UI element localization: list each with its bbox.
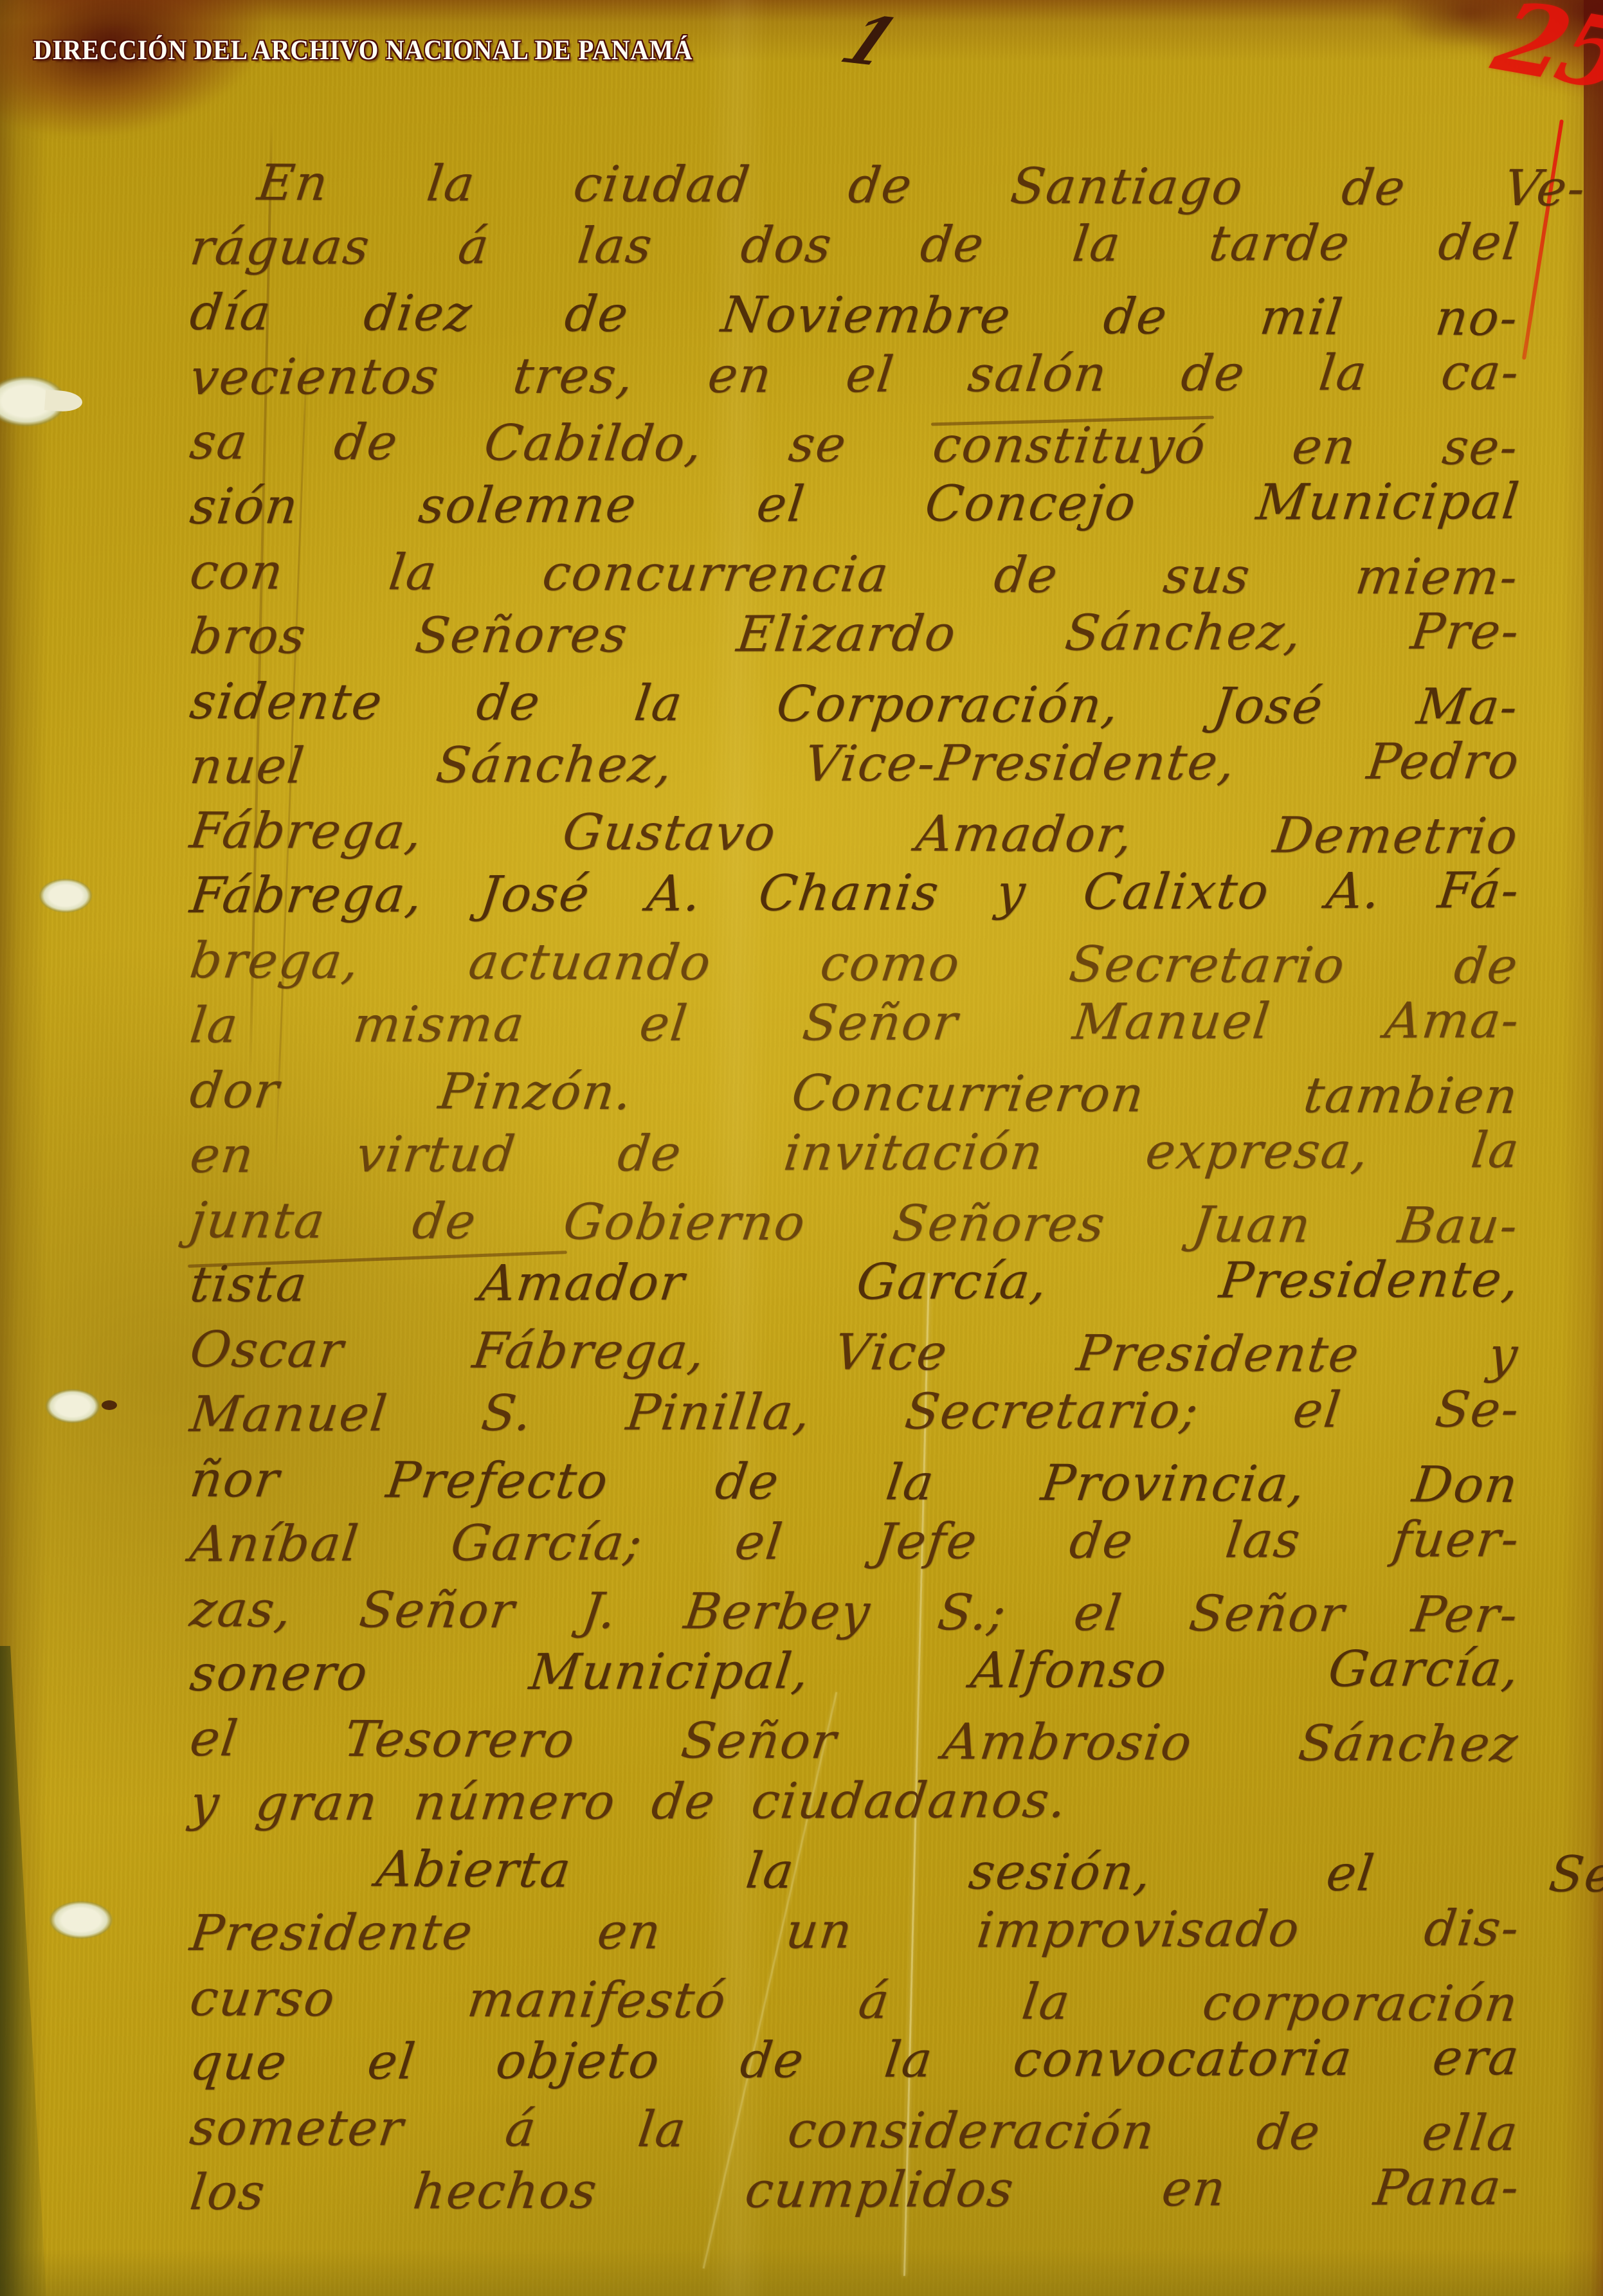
manuscript-line: Aníbal García; el Jefe de las fuer- xyxy=(186,1508,1523,1578)
manuscript-line: que el objeto de la convocatoria era xyxy=(186,2027,1523,2097)
manuscript-text-block: En la ciudad de Santiago de Ve- ráguas á… xyxy=(190,151,1519,2234)
manuscript-line: sidente de la Corporación, José Ma- xyxy=(186,670,1523,741)
manuscript-line: bros Señores Elizardo Sánchez, Pre- xyxy=(186,600,1523,670)
manuscript-line: dor Pinzón. Concurrieron tambien xyxy=(186,1059,1523,1130)
punch-hole xyxy=(49,1901,113,1939)
manuscript-line: y gran número de ciudadanos. xyxy=(186,1767,1523,1837)
ink-speck xyxy=(102,1400,117,1410)
manuscript-line: Presidente en un improvisado dis- xyxy=(186,1897,1523,1967)
page-number: 1 xyxy=(832,7,907,76)
punch-hole xyxy=(0,375,67,427)
manuscript-line: la misma el Señor Manuel Ama- xyxy=(186,989,1523,1059)
manuscript-line: vecientos tres, en el salón de la ca- xyxy=(186,341,1523,411)
manuscript-line: día diez de Noviembre de mil no- xyxy=(186,281,1523,352)
manuscript-line: sonero Municipal, Alfonso García, xyxy=(186,1637,1523,1707)
manuscript-line: Manuel S. Pinilla, Secretario; el Se- xyxy=(186,1378,1523,1448)
punch-hole xyxy=(39,878,93,913)
bottom-left-edge-shadow xyxy=(0,1646,51,2296)
manuscript-line: tista Amador García, Presidente, xyxy=(186,1248,1523,1318)
punch-hole xyxy=(45,1389,100,1424)
manuscript-line: ñor Prefecto de la Provincia, Don xyxy=(186,1448,1523,1519)
folio-ink-tail xyxy=(1522,120,1564,360)
manuscript-line: nuel Sánchez, Vice-Presidente, Pedro xyxy=(186,730,1523,800)
folio-number-text: 251 xyxy=(1485,0,1603,114)
manuscript-line: los hechos cumplidos en Pana- xyxy=(186,2156,1523,2226)
scanned-document-page: DIRECCIÓN DEL ARCHIVO NACIONAL DE PANAMÁ… xyxy=(0,0,1603,2296)
manuscript-line: Fábrega, José A. Chanis y Calixto A. Fá- xyxy=(186,859,1523,929)
manuscript-line: ráguas á las dos de la tarde del xyxy=(186,211,1523,281)
archive-watermark: DIRECCIÓN DEL ARCHIVO NACIONAL DE PANAMÁ xyxy=(33,35,693,66)
manuscript-line: en virtud de invitación expresa, la xyxy=(186,1119,1523,1189)
manuscript-line: sión solemne el Concejo Municipal xyxy=(186,470,1523,540)
